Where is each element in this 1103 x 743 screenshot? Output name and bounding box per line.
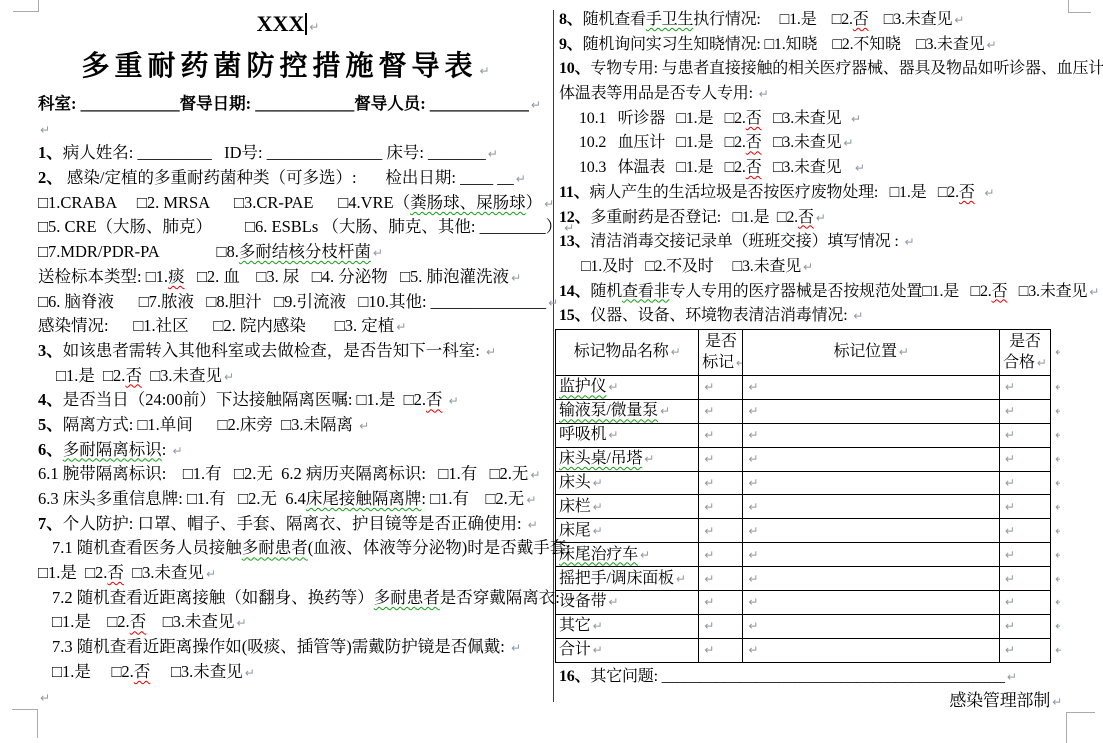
- item-name-text: 输液泵/微量泵: [559, 402, 658, 419]
- left-column: XXX↵ 多重耐药菌防控措施督导表↵ 科室: ____________督导日期:…: [38, 6, 538, 709]
- paragraph-mark-icon: ↵: [801, 260, 813, 274]
- paragraph-mark-icon: ↵: [606, 595, 618, 609]
- item-name-cell[interactable]: 监护仪↵: [556, 375, 699, 399]
- text-run: □1.是 □2.: [38, 563, 107, 582]
- paragraph-mark-icon: ↵: [1053, 572, 1061, 586]
- text-run: 否: [798, 209, 814, 226]
- right-column-lines-after-table: 16、其它问题: _______________________________…: [559, 665, 1068, 690]
- column-header[interactable]: 是否合格↵: [999, 329, 1050, 375]
- column-header-text: 合格: [1003, 354, 1035, 371]
- text-run: 执行情况: □1.是 □2.: [693, 11, 853, 28]
- document-title[interactable]: XXX↵: [38, 6, 538, 42]
- row-end-mark-cell: ↵: [1050, 495, 1060, 519]
- paragraph-mark-icon: ↵: [746, 572, 758, 586]
- paragraph-mark-icon: ↵: [669, 345, 681, 359]
- marked-cell[interactable]: ↵: [699, 471, 743, 495]
- paragraph-mark-icon: ↵: [702, 548, 714, 562]
- margin-crop-mark-bottom-right: [1066, 712, 1095, 743]
- paragraph-mark-icon: ↵: [204, 567, 216, 581]
- text-line[interactable]: 7、个人防护: 口罩、帽子、手套、隔离衣、护目镜等是否正确使用: ↵: [38, 512, 538, 537]
- text-line[interactable]: 科室: ____________督导日期: ____________督导人员: …: [38, 92, 538, 117]
- text-run: 痰: [168, 267, 185, 286]
- paragraph-mark-icon: ↵: [746, 643, 758, 657]
- text-run: 送检标本类型: □1.: [38, 267, 168, 286]
- column-header[interactable]: 标记位置↵: [743, 329, 1000, 375]
- footer-credit: 感染管理部制↵: [559, 689, 1068, 714]
- text-run: 仪器、设备、环境物表清洁消毒情况:: [590, 307, 851, 324]
- document-subtitle[interactable]: 多重耐药菌防控措施督导表↵: [38, 42, 538, 92]
- paragraph-mark-icon: ↵: [1003, 572, 1015, 586]
- text-line[interactable]: 15、仪器、设备、环境物表清洁消毒情况: ↵: [559, 304, 1068, 329]
- paragraph-mark-icon: ↵: [447, 394, 459, 408]
- item-name-cell[interactable]: 床尾治疗车↵: [556, 543, 699, 567]
- text-run: □5. CRE（大肠、肺克） □6. ESBLs （大肠、肺克、其他: ____…: [38, 217, 562, 236]
- paragraph-mark-icon: ↵: [982, 186, 994, 200]
- column-header-text: 标记位置: [834, 343, 897, 360]
- item-number: 8、: [559, 11, 583, 28]
- item-number: 3、: [38, 341, 63, 360]
- text-run: 多耐患者: [242, 538, 308, 557]
- word-document-page: XXX↵ 多重耐药菌防控措施督导表↵ 科室: ____________督导日期:…: [0, 0, 1103, 743]
- column-header-text: 标记: [702, 354, 734, 371]
- paragraph-mark-icon: ↵: [307, 20, 319, 34]
- row-end-mark-cell: ↵: [1050, 638, 1060, 662]
- text-run: 否: [746, 110, 762, 127]
- position-cell[interactable]: ↵: [743, 543, 1000, 567]
- paragraph-mark-icon: ↵: [902, 235, 914, 249]
- paragraph-mark-icon: ↵: [1053, 476, 1061, 490]
- text-run: 病人产生的生活垃圾是否按医疗废物处理: □1.是 □2.: [590, 184, 959, 201]
- text-line[interactable]: 6.3 床头多重信息牌: □1.有 □2.无 6.4床尾接触隔离牌: □1.有 …: [38, 487, 538, 512]
- text-run: 6.1 腕带隔离标识: □1.有 □2.无 6.2 病历夹隔离标识: □1.有 …: [38, 464, 528, 483]
- paragraph-mark-icon: ↵: [542, 197, 554, 211]
- paragraph-mark-icon: ↵: [1005, 670, 1017, 684]
- qualified-cell[interactable]: ↵: [999, 423, 1050, 447]
- table-header-row: 标记物品名称↵是否标记↵标记位置↵是否合格↵↵: [556, 329, 1061, 375]
- text-line[interactable]: 体温表等用品是否专人专用: ↵: [559, 82, 1068, 107]
- row-end-mark-cell: ↵: [1050, 447, 1060, 471]
- paragraph-mark-icon: ↵: [1003, 595, 1015, 609]
- paragraph-mark-icon: ↵: [851, 309, 863, 323]
- paragraph-mark-icon: ↵: [702, 404, 714, 418]
- text-run: □7.MDR/PDR-PA □8.: [38, 242, 239, 261]
- text-run: □3.未查见: [150, 662, 242, 681]
- text-line[interactable]: □7.MDR/PDR-PA □8.多耐结核分枝杆菌↵: [38, 240, 538, 265]
- text-line[interactable]: 13、清洁消毒交接记录单（班班交接）填写情况 : ↵: [559, 230, 1068, 255]
- qualified-cell[interactable]: ↵: [999, 590, 1050, 614]
- marked-cell[interactable]: ↵: [699, 423, 743, 447]
- text-line[interactable]: ↵: [38, 117, 538, 142]
- text-line[interactable]: 10.1 听诊器 □1.是 □2.否 □3.未查见 ↵: [559, 107, 1068, 132]
- row-end-mark-cell: ↵: [1050, 423, 1060, 447]
- margin-crop-mark-bottom-left: [12, 709, 38, 738]
- paragraph-mark-icon: ↵: [757, 87, 769, 101]
- paragraph-mark-icon: ↵: [1003, 428, 1015, 442]
- item-number: 10、: [559, 60, 590, 77]
- paragraph-mark-icon: ↵: [658, 404, 670, 418]
- paragraph-mark-icon: ↵: [746, 428, 758, 442]
- marked-cell[interactable]: ↵: [699, 519, 743, 543]
- item-number: 6、: [38, 440, 63, 459]
- paragraph-mark-icon: ↵: [591, 524, 603, 538]
- text-run: □3.未查见: [124, 563, 204, 582]
- text-line[interactable]: 5、隔离方式: □1.单间 □2.床旁 □3.未隔离 ↵: [38, 413, 538, 438]
- qualified-cell[interactable]: ↵: [999, 471, 1050, 495]
- item-name-text: 床尾: [559, 522, 591, 539]
- text-line[interactable]: ↵: [38, 685, 538, 710]
- item-name-cell[interactable]: 呼吸机↵: [556, 423, 699, 447]
- paragraph-mark-icon: ↵: [371, 246, 383, 260]
- right-column-lines: 8、随机查看手卫生执行情况: □1.是 □2.否 □3.未查见↵9、随机询问实习…: [559, 8, 1068, 329]
- paragraph-mark-icon: ↵: [529, 98, 541, 112]
- text-line[interactable]: 6.1 腕带隔离标识: □1.有 □2.无 6.2 病历夹隔离标识: □1.有 …: [38, 462, 538, 487]
- qualified-cell[interactable]: ↵: [999, 519, 1050, 543]
- item-name-cell[interactable]: 床头↵: [556, 471, 699, 495]
- paragraph-mark-icon: ↵: [1035, 356, 1047, 370]
- text-line[interactable]: □6. 脑脊液 □7.脓液 □8.胆汁 □9.引流液 □10.其他: _____…: [38, 290, 538, 315]
- paragraph-mark-icon: ↵: [952, 13, 964, 27]
- table-row: 床尾治疗车↵↵↵↵↵: [556, 543, 1061, 567]
- margin-crop-mark-top-right: [1068, 0, 1091, 13]
- footer-text: 感染管理部制: [949, 691, 1050, 710]
- text-run: □6. 脑脊液 □7.脓液 □8.胆汁 □9.引流液 □10.其他: _____…: [38, 292, 546, 311]
- paragraph-mark-icon: ↵: [1053, 524, 1061, 538]
- text-run: 感染情况: □1.社区 □2. 院内感染 □3. 定植: [38, 316, 394, 335]
- text-run: 粪肠球、屎肠球: [410, 193, 526, 212]
- text-run: 否: [746, 134, 762, 151]
- paragraph-mark-icon: ↵: [853, 161, 865, 175]
- item-name-text: 设备带: [559, 593, 606, 610]
- item-number: ____________: [430, 94, 529, 113]
- text-run: □1.是 □2.: [52, 662, 134, 681]
- row-end-mark-cell: ↵: [1050, 567, 1060, 591]
- marked-cell[interactable]: ↵: [699, 590, 743, 614]
- item-name-text: 其它: [559, 617, 591, 634]
- item-number: ____________: [255, 94, 354, 113]
- text-line[interactable]: 12、多重耐药是否登记: □1.是 □2.否↵: [559, 206, 1068, 231]
- position-cell[interactable]: ↵: [743, 590, 1000, 614]
- text-run: 7.2 随机查看近距离接触（如翻身、换药等）: [52, 588, 374, 607]
- text-run: □3.未查见: [146, 612, 234, 631]
- column-header-text: 是否: [705, 333, 737, 350]
- text-run: 多重耐药是否登记: □1.是 □2.: [590, 209, 798, 226]
- item-name-cell[interactable]: 床尾↵: [556, 519, 699, 543]
- paragraph-mark-icon: ↵: [746, 404, 758, 418]
- item-number: 9、: [559, 36, 583, 53]
- paragraph-mark-icon: ↵: [814, 211, 826, 225]
- column-header-text: 是否: [1009, 333, 1041, 350]
- column-header[interactable]: 标记物品名称↵: [556, 329, 699, 375]
- text-line[interactable]: 10.2 血压计 □1.是 □2.否 □3.未查见↵: [559, 131, 1068, 156]
- position-cell[interactable]: ↵: [743, 519, 1000, 543]
- text-line[interactable]: □1.是 □2.否 □3.未查见↵: [38, 660, 538, 685]
- item-name-text: 床头: [559, 474, 591, 491]
- paragraph-mark-icon: ↵: [849, 112, 861, 126]
- paragraph-mark-icon: ↵: [526, 518, 538, 532]
- position-cell[interactable]: ↵: [743, 399, 1000, 423]
- item-number: 11、: [559, 184, 590, 201]
- text-line[interactable]: 14、随机查看非专人专用的医疗器械是否按规范处置□1.是 □2.否 □3.未查见…: [559, 280, 1068, 305]
- table-row: 输液泵/微量泵↵↵↵↵↵: [556, 399, 1061, 423]
- qualified-cell[interactable]: ↵: [999, 399, 1050, 423]
- paragraph-mark-icon: ↵: [1053, 500, 1061, 514]
- paragraph-mark-icon: ↵: [746, 500, 758, 514]
- text-line[interactable]: □1.及时 □2.不及时 □3.未查见↵: [559, 255, 1068, 280]
- paragraph-mark-icon: ↵: [591, 476, 603, 490]
- text-run: □2. 血 □3. 尿 □4. 分泌物 □5. 肺泡灌洗液: [185, 267, 510, 286]
- text-line[interactable]: 8、随机查看手卫生执行情况: □1.是 □2.否 □3.未查见↵: [559, 8, 1068, 33]
- paragraph-mark-icon: ↵: [1053, 548, 1061, 562]
- item-name-text: 床尾治疗车: [559, 546, 638, 563]
- position-cell[interactable]: ↵: [743, 614, 1000, 638]
- text-line[interactable]: 7.1 随机查看医务人员接触多耐患者(血液、体液等分泌物)时是否戴手套: ↵: [38, 536, 538, 561]
- text-run: 10.3 体温表 □1.是 □2.: [579, 159, 746, 176]
- disinfection-supervision-table: 标记物品名称↵是否标记↵标记位置↵是否合格↵↵监护仪↵↵↵↵↵输液泵/微量泵↵↵…: [555, 329, 1061, 663]
- text-run: 个人防护: 口罩、帽子、手套、隔离衣、护目镜等是否正确使用:: [63, 514, 526, 533]
- qualified-cell[interactable]: ↵: [999, 638, 1050, 662]
- text-run: 病人姓名: _________ ID号: ______________ 床号: …: [63, 143, 486, 162]
- table-row: 其它↵↵↵↵↵: [556, 614, 1061, 638]
- marked-cell[interactable]: ↵: [699, 447, 743, 471]
- item-number: 督导人员:: [354, 94, 430, 113]
- text-line[interactable]: 感染情况: □1.社区 □2. 院内感染 □3. 定植↵: [38, 314, 538, 339]
- item-number: 4、: [38, 390, 63, 409]
- paragraph-mark-icon: ↵: [746, 548, 758, 562]
- marked-cell[interactable]: ↵: [699, 495, 743, 519]
- position-cell[interactable]: ↵: [743, 567, 1000, 591]
- paragraph-mark-icon: ↵: [638, 548, 650, 562]
- paragraph-mark-icon: ↵: [38, 691, 50, 705]
- paragraph-mark-icon: ↵: [1050, 695, 1062, 709]
- text-run: 专人专用的医疗器械是否按规范处置□1.是 □2.: [669, 283, 991, 300]
- text-run: 否: [746, 159, 762, 176]
- text-run: 查看非: [622, 283, 669, 300]
- paragraph-mark-icon: ↵: [702, 524, 714, 538]
- text-run: 10.1 听诊器 □1.是 □2.: [579, 110, 746, 127]
- item-number: 科室:: [38, 94, 81, 113]
- paragraph-mark-icon: ↵: [170, 444, 182, 458]
- text-line[interactable]: □1.是 □2.否 □3.未查见↵: [38, 364, 538, 389]
- paragraph-mark-icon: ↵: [546, 296, 558, 310]
- item-name-cell[interactable]: 设备带↵: [556, 590, 699, 614]
- paragraph-mark-icon: ↵: [1003, 380, 1015, 394]
- position-cell[interactable]: ↵: [743, 638, 1000, 662]
- paragraph-mark-icon: ↵: [702, 500, 714, 514]
- paragraph-mark-icon: ↵: [484, 345, 496, 359]
- table-row: 呼吸机↵↵↵↵↵: [556, 423, 1061, 447]
- text-run: 如该患者需转入其他科室或去做检查，是否告知下一科室:: [63, 341, 484, 360]
- position-cell[interactable]: ↵: [743, 447, 1000, 471]
- text-line[interactable]: 7.2 随机查看近距离接触（如翻身、换药等）多耐患者是否穿戴隔离衣: ↵: [38, 586, 538, 611]
- paragraph-mark-icon: ↵: [486, 147, 498, 161]
- table-row: 监护仪↵↵↵↵↵: [556, 375, 1061, 399]
- marked-cell[interactable]: ↵: [699, 543, 743, 567]
- text-run: 随机: [590, 283, 622, 300]
- position-cell[interactable]: ↵: [743, 495, 1000, 519]
- paragraph-mark-icon: ↵: [1053, 452, 1061, 466]
- text-line[interactable]: 6、多耐隔离标识: ↵: [38, 438, 538, 463]
- text-run: 否: [959, 184, 975, 201]
- table-row: 床栏↵↵↵↵↵: [556, 495, 1061, 519]
- qualified-cell[interactable]: ↵: [999, 614, 1050, 638]
- paragraph-mark-icon: ↵: [702, 380, 714, 394]
- row-end-mark-cell: ↵: [1050, 471, 1060, 495]
- text-line[interactable]: 4、是否当日（24:00前）下达接触隔离医嘱: □1.是 □2.否 ↵: [38, 388, 538, 413]
- row-end-mark-cell: ↵: [1050, 590, 1060, 614]
- text-line[interactable]: □5. CRE（大肠、肺克） □6. ESBLs （大肠、肺克、其他: ____…: [38, 215, 538, 240]
- text-run: □1.CRABA □2. MRSA □3.CR-PAE □4.VRE（: [38, 193, 410, 212]
- text-line[interactable]: 10.3 体温表 □1.是 □2.否 □3.未查见 ↵: [559, 156, 1068, 181]
- paragraph-mark-icon: ↵: [897, 345, 909, 359]
- qualified-cell[interactable]: ↵: [999, 447, 1050, 471]
- paragraph-mark-icon: ↵: [1003, 619, 1015, 633]
- row-end-mark-cell: ↵: [1050, 329, 1060, 375]
- text-run: : □1.有 □2.无: [421, 489, 524, 508]
- position-cell[interactable]: ↵: [743, 471, 1000, 495]
- text-run: 专物专用: 与患者直接接触的相关医疗器械、器具及物品如听诊器、血压计、: [590, 60, 1103, 77]
- subtitle-text: 多重耐药菌防控措施督导表: [81, 51, 477, 82]
- paragraph-mark-icon: ↵: [984, 38, 996, 52]
- text-line[interactable]: □1.是 □2.否 □3.未查见↵: [38, 610, 538, 635]
- item-number: 15、: [559, 307, 590, 324]
- text-run: 否: [130, 612, 147, 631]
- qualified-cell[interactable]: ↵: [999, 567, 1050, 591]
- paragraph-mark-icon: ↵: [528, 468, 540, 482]
- item-name-text: 合计: [559, 641, 591, 658]
- paragraph-mark-icon: ↵: [1003, 452, 1015, 466]
- text-line[interactable]: □1.CRABA □2. MRSA □3.CR-PAE □4.VRE（粪肠球、屎…: [38, 191, 538, 216]
- text-run: 感染/定植的多重耐药菌种类（可多选）: 检出日期: ____ __: [63, 168, 514, 187]
- text-line[interactable]: 11、病人产生的生活垃圾是否按医疗废物处理: □1.是 □2.否 ↵: [559, 181, 1068, 206]
- table-row: 设备带↵↵↵↵↵: [556, 590, 1061, 614]
- text-run: 体温表等用品是否专人专用:: [559, 85, 757, 102]
- text-run: □3.未查见: [1007, 283, 1087, 300]
- text-run: 隔离方式: □1.单间 □2.床旁 □3.未隔离: [63, 415, 357, 434]
- item-name-cell[interactable]: 摇把手/调床面板↵: [556, 567, 699, 591]
- text-run: 随机询问实习生知晓情况: □1.知晓 □2.不知晓 □3.未查见: [583, 36, 985, 53]
- paragraph-mark-icon: ↵: [514, 172, 526, 186]
- text-line[interactable]: 7.3 随机查看近距离操作如(吸痰、插管等)需戴防护镜是否佩戴: ↵: [38, 635, 538, 660]
- paragraph-mark-icon: ↵: [746, 595, 758, 609]
- text-line[interactable]: 3、如该患者需转入其他科室或去做检查，是否告知下一科室: ↵: [38, 339, 538, 364]
- item-name-text: 呼吸机: [559, 426, 606, 443]
- qualified-cell[interactable]: ↵: [999, 543, 1050, 567]
- text-run: [442, 390, 446, 409]
- left-column-lines: 科室: ____________督导日期: ____________督导人员: …: [38, 92, 538, 709]
- text-run: 否: [853, 11, 869, 28]
- position-cell[interactable]: ↵: [743, 423, 1000, 447]
- title-text: XXX: [257, 11, 305, 36]
- item-name-cell[interactable]: 合计↵: [556, 638, 699, 662]
- text-run: □3.未查见: [869, 11, 953, 28]
- item-number: 2、: [38, 168, 63, 187]
- qualified-cell[interactable]: ↵: [999, 375, 1050, 399]
- item-name-text: 摇把手/调床面板: [559, 570, 674, 587]
- marked-cell[interactable]: ↵: [699, 638, 743, 662]
- item-name-cell[interactable]: 输液泵/微量泵↵: [556, 399, 699, 423]
- paragraph-mark-icon: ↵: [1053, 595, 1061, 609]
- paragraph-mark-icon: ↵: [1087, 285, 1099, 299]
- text-line[interactable]: □1.是 □2.否 □3.未查见↵: [38, 561, 538, 586]
- text-line[interactable]: 9、随机询问实习生知晓情况: □1.知晓 □2.不知晓 □3.未查见↵: [559, 33, 1068, 58]
- row-end-mark-cell: ↵: [1050, 519, 1060, 543]
- table-row: 床尾↵↵↵↵↵: [556, 519, 1061, 543]
- text-line[interactable]: 送检标本类型: □1.痰 □2. 血 □3. 尿 □4. 分泌物 □5. 肺泡灌…: [38, 265, 538, 290]
- text-line[interactable]: 1、病人姓名: _________ ID号: ______________ 床号…: [38, 141, 538, 166]
- item-name-cell[interactable]: 床头桌/吊塔↵: [556, 447, 699, 471]
- paragraph-mark-icon: ↵: [746, 524, 758, 538]
- paragraph-mark-icon: ↵: [1053, 345, 1061, 359]
- text-run: □1.是 □2.: [52, 612, 130, 631]
- item-number: 13、: [559, 233, 590, 250]
- item-name-text: 床头桌/吊塔: [559, 450, 642, 467]
- item-name-cell[interactable]: 床栏↵: [556, 495, 699, 519]
- position-cell[interactable]: ↵: [743, 375, 1000, 399]
- qualified-cell[interactable]: ↵: [999, 495, 1050, 519]
- paragraph-mark-icon: ↵: [1053, 643, 1061, 657]
- item-number: 12、: [559, 209, 590, 226]
- paragraph-mark-icon: ↵: [509, 271, 521, 285]
- paragraph-mark-icon: ↵: [1003, 548, 1015, 562]
- column-header-text: 标记物品名称: [574, 343, 669, 360]
- paragraph-mark-icon: ↵: [674, 572, 686, 586]
- item-number: 16、: [559, 668, 590, 685]
- text-run: ）: [526, 193, 543, 212]
- paragraph-mark-icon: ↵: [734, 356, 743, 370]
- paragraph-mark-icon: ↵: [702, 643, 714, 657]
- paragraph-mark-icon: ↵: [702, 595, 714, 609]
- column-header[interactable]: 是否标记↵: [699, 329, 743, 375]
- table-row: 摇把手/调床面板↵↵↵↵↵: [556, 567, 1061, 591]
- text-line[interactable]: 2、 感染/定植的多重耐药菌种类（可多选）: 检出日期: ____ __↵: [38, 166, 538, 191]
- marked-cell[interactable]: ↵: [699, 399, 743, 423]
- item-number: 5、: [38, 415, 63, 434]
- margin-crop-mark-top-left: [13, 0, 39, 12]
- text-line[interactable]: 10、专物专用: 与患者直接接触的相关医疗器械、器具及物品如听诊器、血压计、: [559, 57, 1068, 82]
- paragraph-mark-icon: ↵: [243, 666, 255, 680]
- text-run: 是否穿戴隔离衣:: [440, 588, 564, 607]
- paragraph-mark-icon: ↵: [1053, 404, 1061, 418]
- row-end-mark-cell: ↵: [1050, 375, 1060, 399]
- paragraph-mark-icon: ↵: [746, 476, 758, 490]
- right-column: 8、随机查看手卫生执行情况: □1.是 □2.否 □3.未查见↵9、随机询问实习…: [559, 8, 1068, 714]
- text-run: 否: [125, 366, 142, 385]
- marked-cell[interactable]: ↵: [699, 567, 743, 591]
- row-end-mark-cell: ↵: [1050, 399, 1060, 423]
- paragraph-mark-icon: ↵: [1003, 500, 1015, 514]
- text-run: 10.2 血压计 □1.是 □2.: [579, 134, 746, 151]
- text-run: 否: [426, 390, 443, 409]
- item-number: 14、: [559, 283, 590, 300]
- item-number: 7、: [38, 514, 63, 533]
- text-run: □1.是 □2.: [56, 366, 125, 385]
- text-line[interactable]: 16、其它问题: _______________________________…: [559, 665, 1068, 690]
- marked-cell[interactable]: ↵: [699, 375, 743, 399]
- paragraph-mark-icon: ↵: [394, 320, 406, 334]
- item-number: 1、: [38, 143, 63, 162]
- row-end-mark-cell: ↵: [1050, 543, 1060, 567]
- text-run: 是否当日（24:00前）下达接触隔离医嘱: □1.是 □2.: [63, 390, 426, 409]
- text-run: 否: [992, 283, 1008, 300]
- paragraph-mark-icon: ↵: [222, 370, 234, 384]
- paragraph-mark-icon: ↵: [1003, 476, 1015, 490]
- text-run: 否: [107, 563, 124, 582]
- item-name-cell[interactable]: 其它↵: [556, 614, 699, 638]
- paragraph-mark-icon: ↵: [642, 452, 654, 466]
- text-run: □3.未查见: [762, 159, 853, 176]
- marked-cell[interactable]: ↵: [699, 614, 743, 638]
- text-run: 7.1 随机查看医务人员接触: [52, 538, 242, 557]
